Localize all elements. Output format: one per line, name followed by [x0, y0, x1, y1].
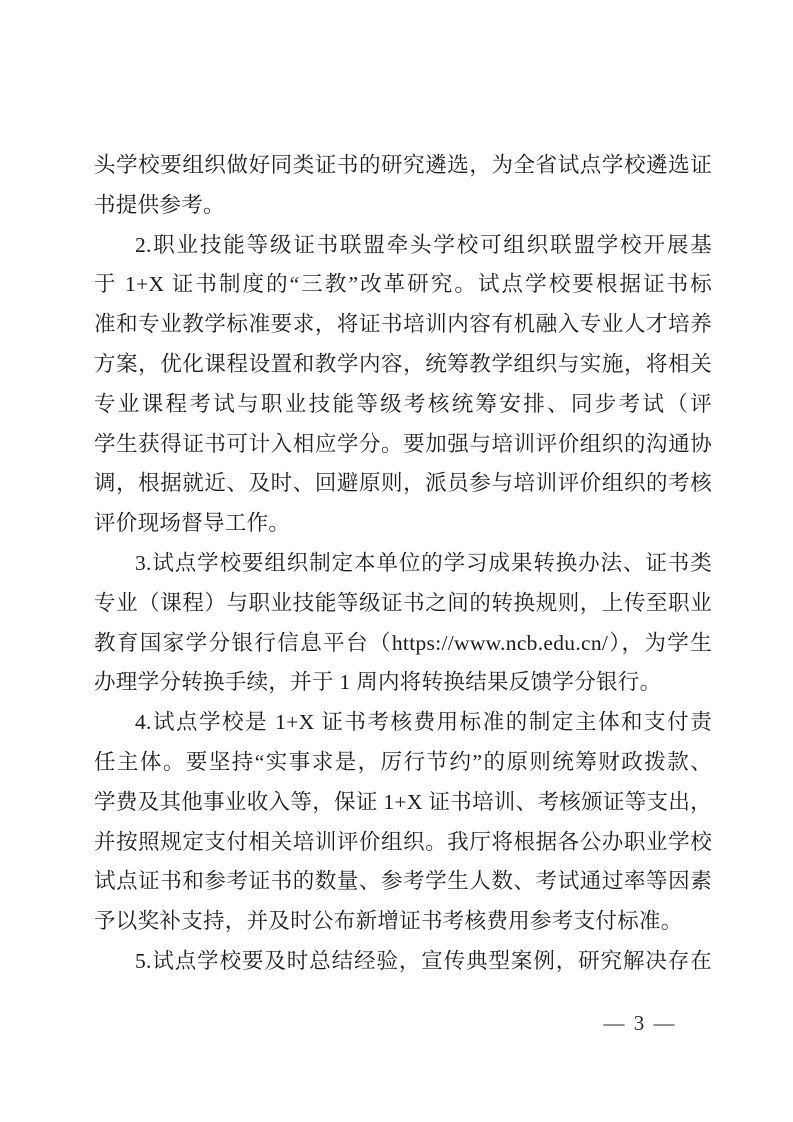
text-line: 学费及其他事业收入等，保证 1+X 证书培训、考核颁证等支出， [94, 783, 712, 823]
text-line: 2.职业技能等级证书联盟牵头学校可组织联盟学校开展基 [94, 226, 712, 266]
text-line: 专业课程考试与职业技能等级考核统筹安排、同步考试（评价）， [94, 385, 712, 425]
text-line: 方案，优化课程设置和教学内容，统筹教学组织与实施，将相关 [94, 345, 712, 385]
text-line: 任主体。要坚持“实事求是，厉行节约”的原则统筹财政拨款、 [94, 743, 712, 783]
text-line: 调，根据就近、及时、回避原则，派员参与培训评价组织的考核 [94, 464, 712, 504]
text-line: 评价现场督导工作。 [94, 504, 712, 544]
text-line: 教育国家学分银行信息平台（https://www.ncb.edu.cn/），为学… [94, 624, 712, 664]
text-line: 予以奖补支持，并及时公布新增证书考核费用参考支付标准。 [94, 902, 712, 942]
text-line: 并按照规定支付相关培训评价组织。我厅将根据各公办职业学校 [94, 823, 712, 863]
text-line: 学生获得证书可计入相应学分。要加强与培训评价组织的沟通协 [94, 425, 712, 465]
text-line: 4.试点学校是 1+X 证书考核费用标准的制定主体和支付责 [94, 703, 712, 743]
text-line: 于 1+X 证书制度的“三教”改革研究。试点学校要根据证书标 [94, 265, 712, 305]
text-line: 3.试点学校要组织制定本单位的学习成果转换办法、证书类 [94, 544, 712, 584]
document-page: 头学校要组织做好同类证书的研究遴选，为全省试点学校遴选证书提供参考。2.职业技能… [0, 0, 793, 1122]
text-body: 头学校要组织做好同类证书的研究遴选，为全省试点学校遴选证书提供参考。2.职业技能… [94, 146, 712, 982]
text-line: 试点证书和参考证书的数量、参考学生人数、考试通过率等因素 [94, 862, 712, 902]
text-line: 头学校要组织做好同类证书的研究遴选，为全省试点学校遴选证 [94, 146, 712, 186]
text-line: 办理学分转换手续，并于 1 周内将转换结果反馈学分银行。 [94, 663, 712, 703]
page-number: — 3 — [560, 1006, 720, 1040]
text-line: 书提供参考。 [94, 186, 712, 226]
text-line: 专业（课程）与职业技能等级证书之间的转换规则，上传至职业 [94, 584, 712, 624]
text-line: 准和专业教学标准要求，将证书培训内容有机融入专业人才培养 [94, 305, 712, 345]
text-line: 5.试点学校要及时总结经验，宣传典型案例，研究解决存在 [94, 942, 712, 982]
